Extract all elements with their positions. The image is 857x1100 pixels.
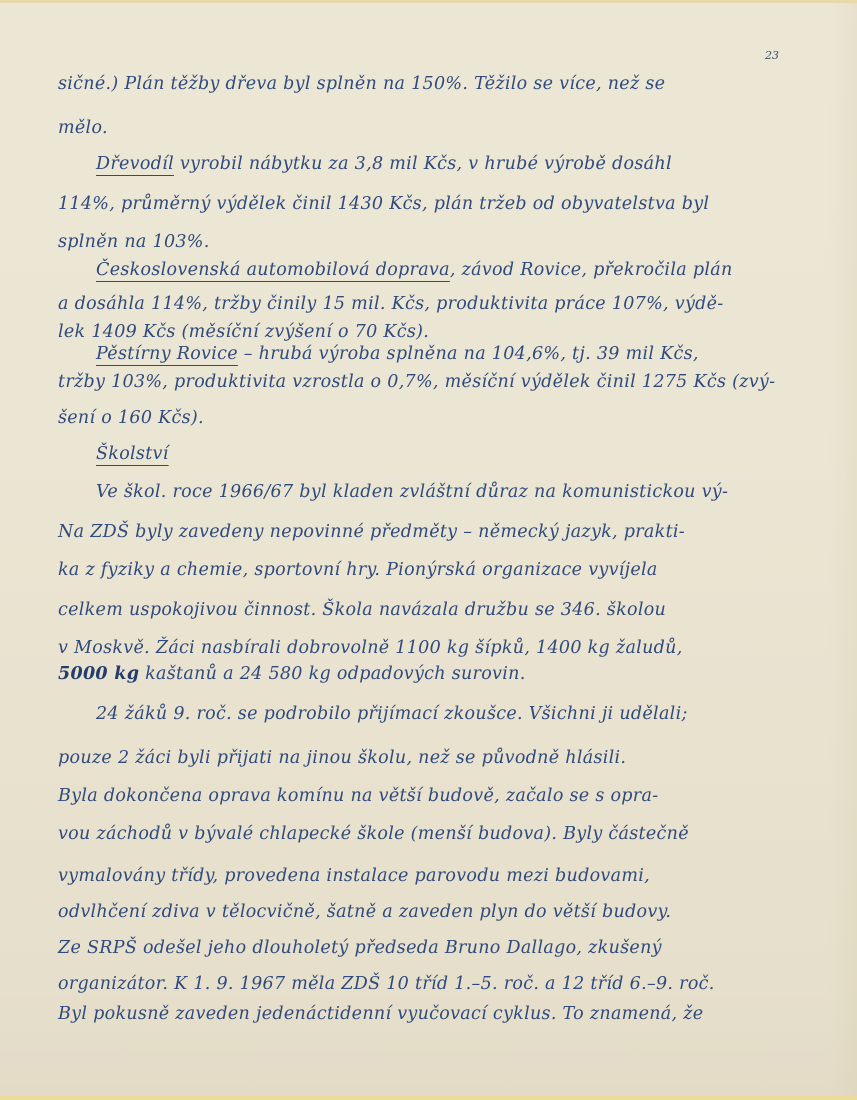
line-text: kaštanů a 24 580 kg odpadových surovin. bbox=[139, 664, 525, 684]
line-text: 24 žáků 9. roč. se podrobilo přijímací z… bbox=[96, 704, 688, 724]
line-text: vou záchodů v bývalé chlapecké škole (me… bbox=[58, 824, 689, 844]
section-heading-line: Pěstírny Rovice – hrubá výroba splněna n… bbox=[96, 343, 699, 365]
line-text: organizátor. K 1. 9. 1967 měla ZDŠ 10 tř… bbox=[58, 974, 715, 994]
bold-quantity: 5000 kg bbox=[58, 664, 139, 684]
line-text: 114%, průměrný výdělek činil 1430 Kčs, p… bbox=[58, 194, 709, 214]
line-text: šení o 160 Kčs). bbox=[58, 408, 204, 428]
text-line: Ve škol. roce 1966/67 byl kladen zvláštn… bbox=[96, 481, 728, 503]
line-text: Na ZDŠ byly zavedeny nepovinné předměty … bbox=[58, 522, 685, 542]
line-text: pouze 2 žáci byli přijati na jinou školu… bbox=[58, 748, 626, 768]
handwritten-page: 23 sičné.) Plán těžby dřeva byl splněn n… bbox=[0, 0, 857, 1100]
text-line: pouze 2 žáci byli přijati na jinou školu… bbox=[58, 747, 626, 769]
text-line: odvlhčení zdiva v tělocvičně, šatně a za… bbox=[58, 901, 671, 923]
line-text: Byl pokusně zaveden jedenáctidenní vyučo… bbox=[58, 1004, 703, 1024]
text-line: lek 1409 Kčs (měsíční zvýšení o 70 Kčs). bbox=[58, 321, 429, 343]
line-text: tržby 103%, produktivita vzrostla o 0,7%… bbox=[58, 372, 775, 392]
text-line: 114%, průměrný výdělek činil 1430 Kčs, p… bbox=[58, 193, 709, 215]
line-text: Ve škol. roce 1966/67 byl kladen zvláštn… bbox=[96, 482, 728, 502]
text-line: mělo. bbox=[58, 117, 108, 139]
text-line: 5000 kg kaštanů a 24 580 kg odpadových s… bbox=[58, 663, 526, 685]
text-line: sičné.) Plán těžby dřeva byl splněn na 1… bbox=[58, 73, 665, 95]
page-number: 23 bbox=[765, 49, 779, 62]
text-line: ka z fyziky a chemie, sportovní hry. Pio… bbox=[58, 559, 658, 581]
line-text: Ze SRPŠ odešel jeho dlouholetý předseda … bbox=[58, 938, 662, 958]
line-text: ka z fyziky a chemie, sportovní hry. Pio… bbox=[58, 560, 658, 580]
line-text: sičné.) Plán těžby dřeva byl splněn na 1… bbox=[58, 74, 665, 94]
line-text: v Moskvě. Žáci nasbírali dobrovolně 1100… bbox=[58, 638, 683, 658]
line-text: lek 1409 Kčs (měsíční zvýšení o 70 Kčs). bbox=[58, 322, 429, 342]
text-line: 24 žáků 9. roč. se podrobilo přijímací z… bbox=[96, 703, 688, 725]
section-heading: Dřevodíl bbox=[96, 154, 174, 174]
line-text: Byla dokončena oprava komínu na větší bu… bbox=[58, 786, 658, 806]
text-line: vou záchodů v bývalé chlapecké škole (me… bbox=[58, 823, 689, 845]
section-heading: Pěstírny Rovice bbox=[96, 344, 238, 364]
line-text: splněn na 103%. bbox=[58, 232, 210, 252]
text-line: a dosáhla 114%, tržby činily 15 mil. Kčs… bbox=[58, 293, 724, 315]
line-text: , závod Rovice, překročila plán bbox=[450, 260, 733, 280]
text-line: celkem uspokojivou činnost. Škola naváza… bbox=[58, 599, 666, 621]
text-line: šení o 160 Kčs). bbox=[58, 407, 204, 429]
text-line: Byl pokusně zaveden jedenáctidenní vyučo… bbox=[58, 1003, 703, 1025]
section-heading: Československá automobilová doprava bbox=[96, 260, 450, 280]
text-line: organizátor. K 1. 9. 1967 měla ZDŠ 10 tř… bbox=[58, 973, 715, 995]
text-line: Ze SRPŠ odešel jeho dlouholetý předseda … bbox=[58, 937, 662, 959]
section-heading-line: Školství bbox=[96, 443, 169, 465]
text-line: tržby 103%, produktivita vzrostla o 0,7%… bbox=[58, 371, 775, 393]
line-text: mělo. bbox=[58, 118, 108, 138]
line-text: vymalovány třídy, provedena instalace pa… bbox=[58, 866, 650, 886]
text-line: v Moskvě. Žáci nasbírali dobrovolně 1100… bbox=[58, 637, 683, 659]
section-heading: Školství bbox=[96, 444, 169, 464]
line-text: odvlhčení zdiva v tělocvičně, šatně a za… bbox=[58, 902, 671, 922]
line-text: – hrubá výroba splněna na 104,6%, tj. 39… bbox=[238, 344, 699, 364]
text-line: splněn na 103%. bbox=[58, 231, 210, 253]
text-line: vymalovány třídy, provedena instalace pa… bbox=[58, 865, 650, 887]
section-heading-line: Dřevodíl vyrobil nábytku za 3,8 mil Kčs,… bbox=[96, 153, 672, 175]
text-line: Byla dokončena oprava komínu na větší bu… bbox=[58, 785, 658, 807]
section-heading-line: Československá automobilová doprava, záv… bbox=[96, 259, 733, 281]
line-text: celkem uspokojivou činnost. Škola naváza… bbox=[58, 600, 666, 620]
text-line: Na ZDŠ byly zavedeny nepovinné předměty … bbox=[58, 521, 685, 543]
line-text: a dosáhla 114%, tržby činily 15 mil. Kčs… bbox=[58, 294, 724, 314]
line-text: vyrobil nábytku za 3,8 mil Kčs, v hrubé … bbox=[174, 154, 672, 174]
